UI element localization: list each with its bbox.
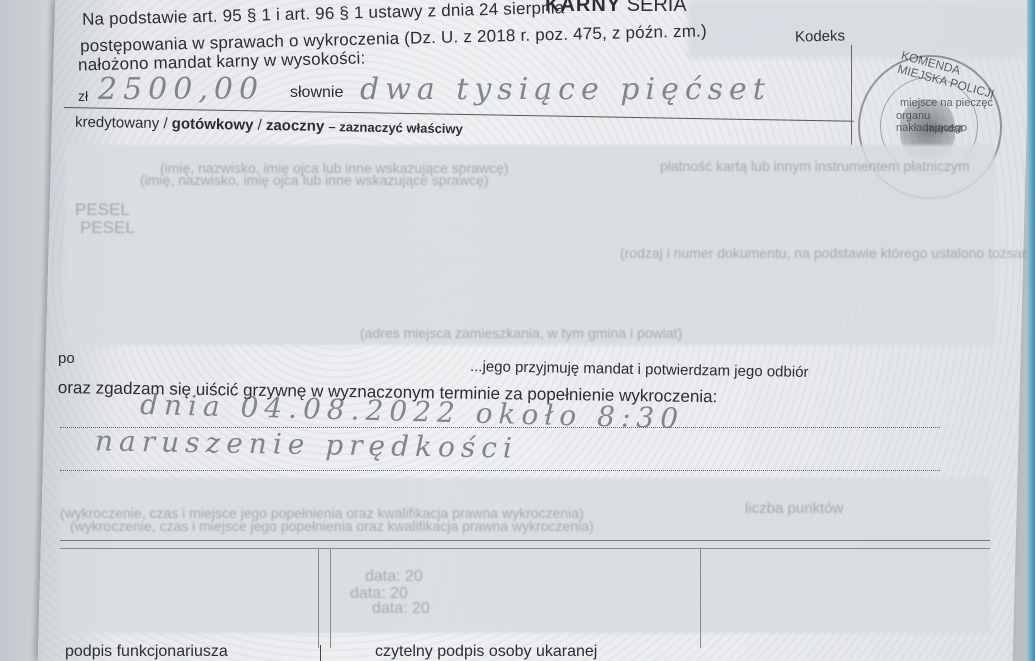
acceptance-prefix: po [58,350,75,367]
option-credited: kredytowany [75,114,160,132]
table-divider-3 [700,548,701,648]
table-top-rule [60,540,990,541]
officer-signature-label: podpis funkcjonariusza [65,643,228,661]
footer-divider [320,645,321,661]
redacted-serial-number [688,0,1028,58]
option-cash: gotówkowy [172,115,254,133]
currency-label: zł [78,88,88,104]
amount-handwritten: 2500,00 [98,72,264,107]
date-field-label-3: data: 20 [372,600,430,618]
kodeks-fragment: Kodeks [795,27,845,45]
redacted-points-label: liczba punktów [745,500,843,517]
offence-dotted-line-2 [60,470,940,471]
table-divider-1 [318,548,319,648]
words-label: słownie [290,84,343,102]
option-in-absentia: zaoczny [266,117,325,135]
mandate-type-instruction: – zaznaczyć właściwy [328,119,463,136]
stamp-inner-text-3: mandat [926,123,963,135]
offender-signature-label: czytelny podpis osoby ukaranej [375,643,597,661]
document-title: KARNY SERIA [545,0,687,17]
table-top-rule-2 [60,548,990,549]
redacted-offence-details [60,478,990,633]
series-label: SERIA [627,0,687,16]
redacted-address-label: (adres miejsca zamieszkania, w tym gmina… [360,325,682,341]
stamp-divider [851,45,852,145]
redacted-pesel-label: PESEL [75,200,130,220]
redacted-name-label-ghost: (imię, nazwisko, imię ojca lub inne wska… [140,172,489,188]
stamp-inner-text-1: miejsce na pieczęć [900,97,993,109]
date-field-label-1: data: 20 [365,568,423,586]
table-divider-2 [330,548,331,648]
redacted-pesel-label-ghost: PESEL [80,218,135,238]
background-edge [1027,0,1035,661]
redacted-id-doc-label: (rodzaj i numer dokumentu, na podstawie … [620,245,1035,261]
words-handwritten: dwa tysiące pięćset [360,72,771,107]
redacted-checkbox-label: płatność kartą lub innym instrumentem pł… [660,158,970,174]
redacted-offence-label-ghost: (wykroczenie, czas i miejsce jego popełn… [70,518,594,534]
